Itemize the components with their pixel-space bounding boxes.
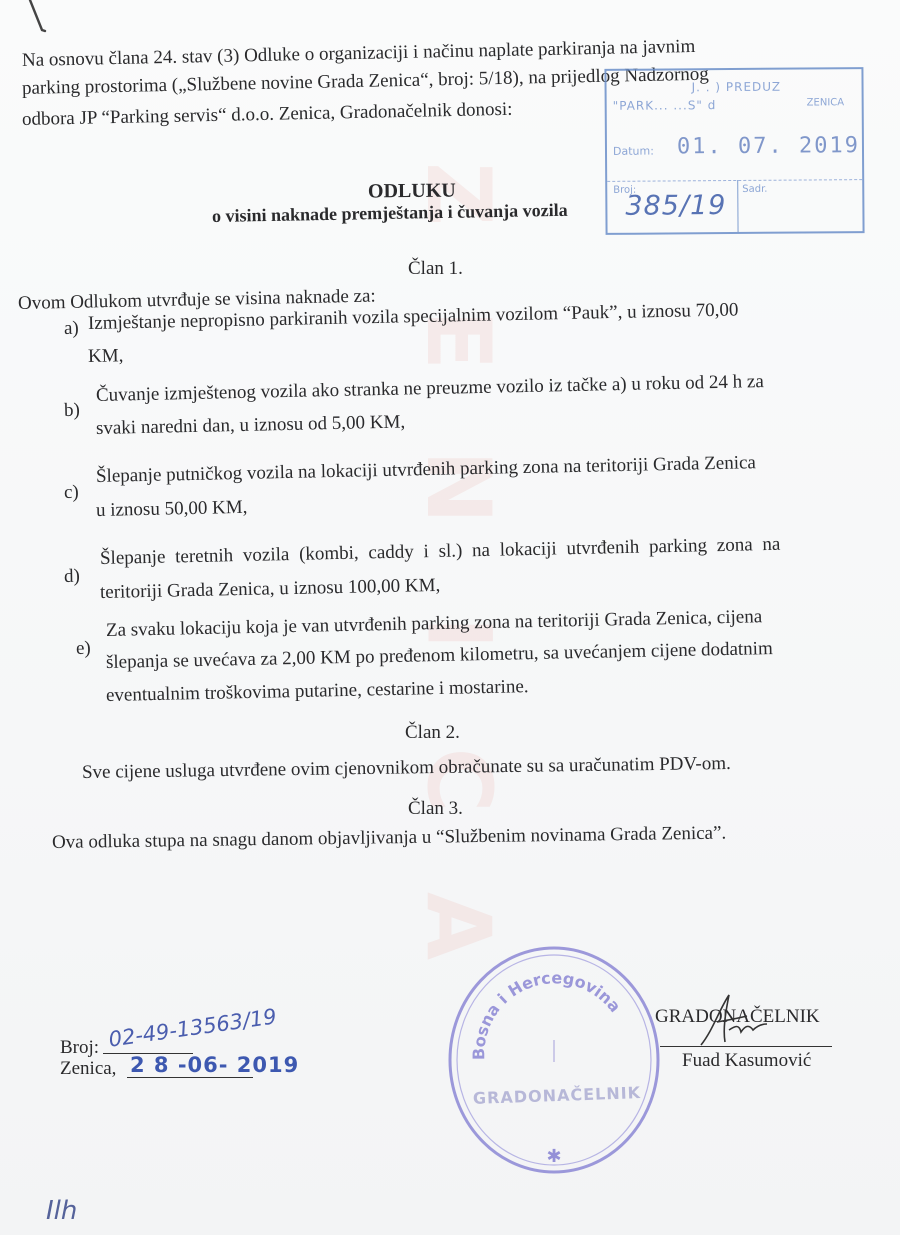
item-a-line-2: KM, [88, 345, 124, 368]
item-d-line-2: teritoriji Grada Zenica, u iznosu 100,00… [100, 575, 441, 604]
item-c-line-2: u iznosu 50,00 KM, [96, 497, 248, 522]
article-2-heading: Član 2. [405, 722, 460, 744]
official-seal: Bosna i Hercegovina ✱ [445, 944, 663, 1176]
broj-value: 02-49-13563/19 [107, 1004, 278, 1051]
preamble-line-3: odbora JP “Parking servis“ d.o.o. Zenica… [22, 99, 513, 131]
stamp-date-label: Datum: [613, 145, 654, 158]
received-stamp: J. . ) PREDUZ "PARK... ...S" d ZENICA Da… [604, 67, 864, 235]
article-3-heading: Član 3. [408, 798, 463, 820]
item-c-marker: c) [64, 482, 79, 504]
article-1-heading: Član 1. [408, 258, 463, 280]
item-d-line-1: Šlepanje teretnih vozila (kombi, caddy i… [100, 534, 781, 570]
item-e-line-1: Za svaku lokaciju koja je van utvrđenih … [106, 606, 763, 642]
stamp-content-label: Sadr. [742, 184, 767, 195]
place-label: Zenica, [60, 1058, 116, 1080]
stamp-company-line-2: "PARK... ...S" d [613, 98, 717, 113]
document-title: ODLUKU [368, 180, 456, 204]
pen-stroke-icon [28, 0, 48, 34]
item-b-line-1: Čuvanje izmještenog vozila ako stranka n… [96, 371, 764, 407]
svg-text:✱: ✱ [546, 1146, 561, 1166]
stamp-city: ZENICA [807, 97, 844, 108]
item-b-line-2: svaki naredni dan, u iznosu od 5,00 KM, [96, 412, 406, 440]
broj-label: Broj: [60, 1037, 99, 1059]
item-b-marker: b) [64, 400, 80, 422]
svg-text:Bosna i Hercegovina: Bosna i Hercegovina [469, 968, 624, 1060]
date-value: 2 8 -06- 2019 [130, 1053, 299, 1077]
item-e-line-2: šlepanja se uvećava za 2,00 KM po pređen… [106, 638, 773, 674]
document-page: Z E N I C A Na osnovu člana 24. stav (3)… [0, 0, 900, 1235]
article-2-text: Sve cijene usluga utvrđene ovim cjenovni… [82, 753, 731, 784]
item-a-marker: a) [64, 318, 79, 340]
stamp-number-value: 385/19 [625, 190, 726, 222]
item-e-marker: e) [76, 638, 91, 660]
signatory-name: Fuad Kasumović [682, 1050, 811, 1072]
article-3-text: Ova odluka stupa na snagu danom objavlji… [52, 823, 727, 854]
item-c-line-1: Šlepanje putničkog vozila na lokaciji ut… [96, 452, 756, 488]
stamp-company-line-1: J. . ) PREDUZ [692, 80, 782, 95]
stamp-date-value: 01. 07. 2019 [677, 133, 860, 159]
item-e-line-3: eventualnim troškovima putarine, cestari… [106, 676, 529, 707]
document-subtitle: o visini naknade premještanja i čuvanja … [212, 200, 568, 227]
signature-icon [695, 990, 775, 1050]
item-d-marker: d) [64, 566, 80, 588]
initials: Ilh [46, 1196, 77, 1226]
